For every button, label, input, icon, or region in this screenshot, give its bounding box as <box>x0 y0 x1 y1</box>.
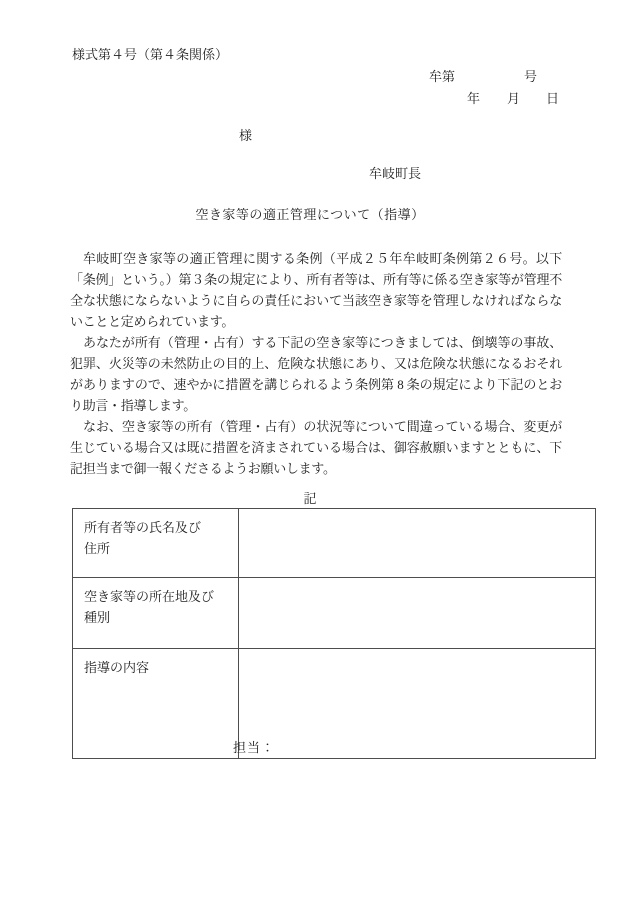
body-paragraph-3: なお、空き家等の所有（管理・占有）の状況等について間違っている場合、変更が生じて… <box>70 416 562 479</box>
date-day-label: 日 <box>546 92 559 107</box>
contact-label: 担当： <box>233 737 275 756</box>
document-title: 空き家等の適正管理について（指導） <box>0 204 620 223</box>
guidance-content-label: 指導の内容 <box>73 649 239 759</box>
doc-number-prefix: 牟第 <box>429 70 455 85</box>
note-marker: 記 <box>0 488 620 507</box>
addressee-honorific: 様 <box>239 129 252 144</box>
vacant-house-location-label: 空き家等の所在地及び 種別 <box>73 578 239 649</box>
document-body: 牟岐町空き家等の適正管理に関する条例（平成２５年牟岐町条例第２６号。以下「条例」… <box>70 248 562 479</box>
table-row-location: 空き家等の所在地及び 種別 <box>73 578 596 649</box>
date-year-label: 年 <box>467 92 480 107</box>
details-table: 所有者等の氏名及び 住所 空き家等の所在地及び 種別 指導の内容 <box>72 508 596 759</box>
body-paragraph-2: あなたが所有（管理・占有）する下記の空き家等につきましては、倒壊等の事故、犯罪、… <box>70 332 562 416</box>
form-number-label: 様式第４号（第４条関係） <box>72 48 228 63</box>
document-page: 様式第４号（第４条関係） 牟第 号 年 月 日 様 牟岐町長 空き家等の適正管理… <box>0 0 630 903</box>
guidance-content-value <box>239 649 596 759</box>
owner-name-address-label: 所有者等の氏名及び 住所 <box>73 509 239 578</box>
body-paragraph-1: 牟岐町空き家等の適正管理に関する条例（平成２５年牟岐町条例第２６号。以下「条例」… <box>70 248 562 332</box>
doc-number-suffix: 号 <box>524 70 537 85</box>
owner-name-address-value <box>239 509 596 578</box>
date-month-label: 月 <box>507 92 520 107</box>
table-row-guidance: 指導の内容 <box>73 649 596 759</box>
vacant-house-location-value <box>239 578 596 649</box>
sender-title: 牟岐町長 <box>369 167 421 182</box>
table-row-owner: 所有者等の氏名及び 住所 <box>73 509 596 578</box>
